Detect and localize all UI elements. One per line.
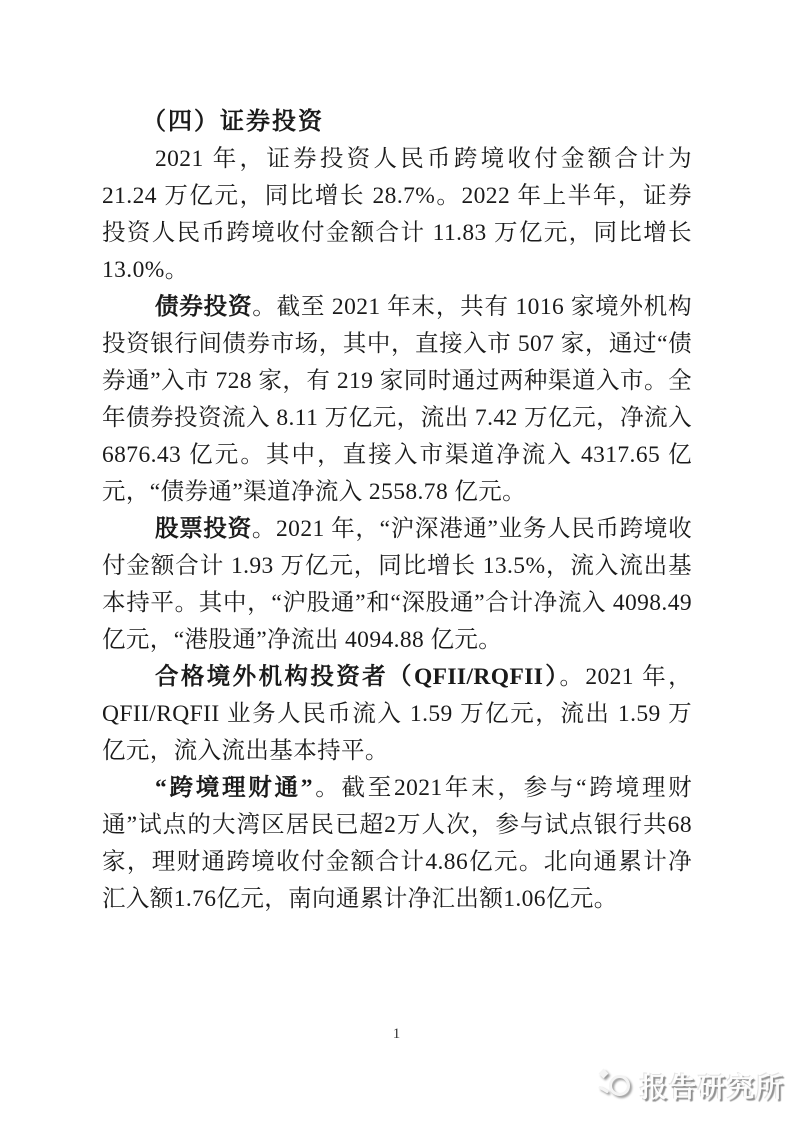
watermark-label: 报告研究所 bbox=[640, 1066, 785, 1105]
magnifier-icon bbox=[597, 1069, 631, 1103]
document-content: （四）证券投资 2021 年，证券投资人民币跨境收付金额合计为 21.24 万亿… bbox=[102, 104, 692, 918]
document-page: （四）证券投资 2021 年，证券投资人民币跨境收付金额合计为 21.24 万亿… bbox=[0, 0, 793, 1122]
paragraph-bond-investment: 债券投资。截至 2021 年末，共有 1016 家境外机构投资银行间债券市场，其… bbox=[102, 289, 692, 511]
paragraph-body: 。截至 2021 年末，共有 1016 家境外机构投资银行间债券市场，其中，直接… bbox=[102, 294, 692, 505]
paragraph-lead: 债券投资 bbox=[155, 294, 252, 320]
paragraph-qfii-rqfii: 合格境外机构投资者（QFII/RQFII）。2021 年，QFII/RQFII … bbox=[102, 659, 692, 770]
paragraph-stock-investment: 股票投资。2021 年，“沪深港通”业务人民币跨境收付金额合计 1.93 万亿元… bbox=[102, 511, 692, 659]
paragraph-lead: “跨境理财通” bbox=[155, 775, 313, 801]
paragraph-lead: 合格境外机构投资者（QFII/RQFII） bbox=[155, 664, 559, 690]
section-heading: （四）证券投资 bbox=[102, 104, 692, 141]
watermark: 报告研究所 bbox=[597, 1066, 785, 1105]
paragraph-body: 2021 年，证券投资人民币跨境收付金额合计为 21.24 万亿元，同比增长 2… bbox=[102, 146, 692, 283]
paragraph-lead: 股票投资 bbox=[155, 516, 252, 542]
page-number: 1 bbox=[0, 1026, 793, 1043]
paragraph-wealth-connect: “跨境理财通”。截至2021年末，参与“跨境理财通”试点的大湾区居民已超2万人次… bbox=[102, 770, 692, 918]
paragraph-securities-overview: 2021 年，证券投资人民币跨境收付金额合计为 21.24 万亿元，同比增长 2… bbox=[102, 141, 692, 289]
